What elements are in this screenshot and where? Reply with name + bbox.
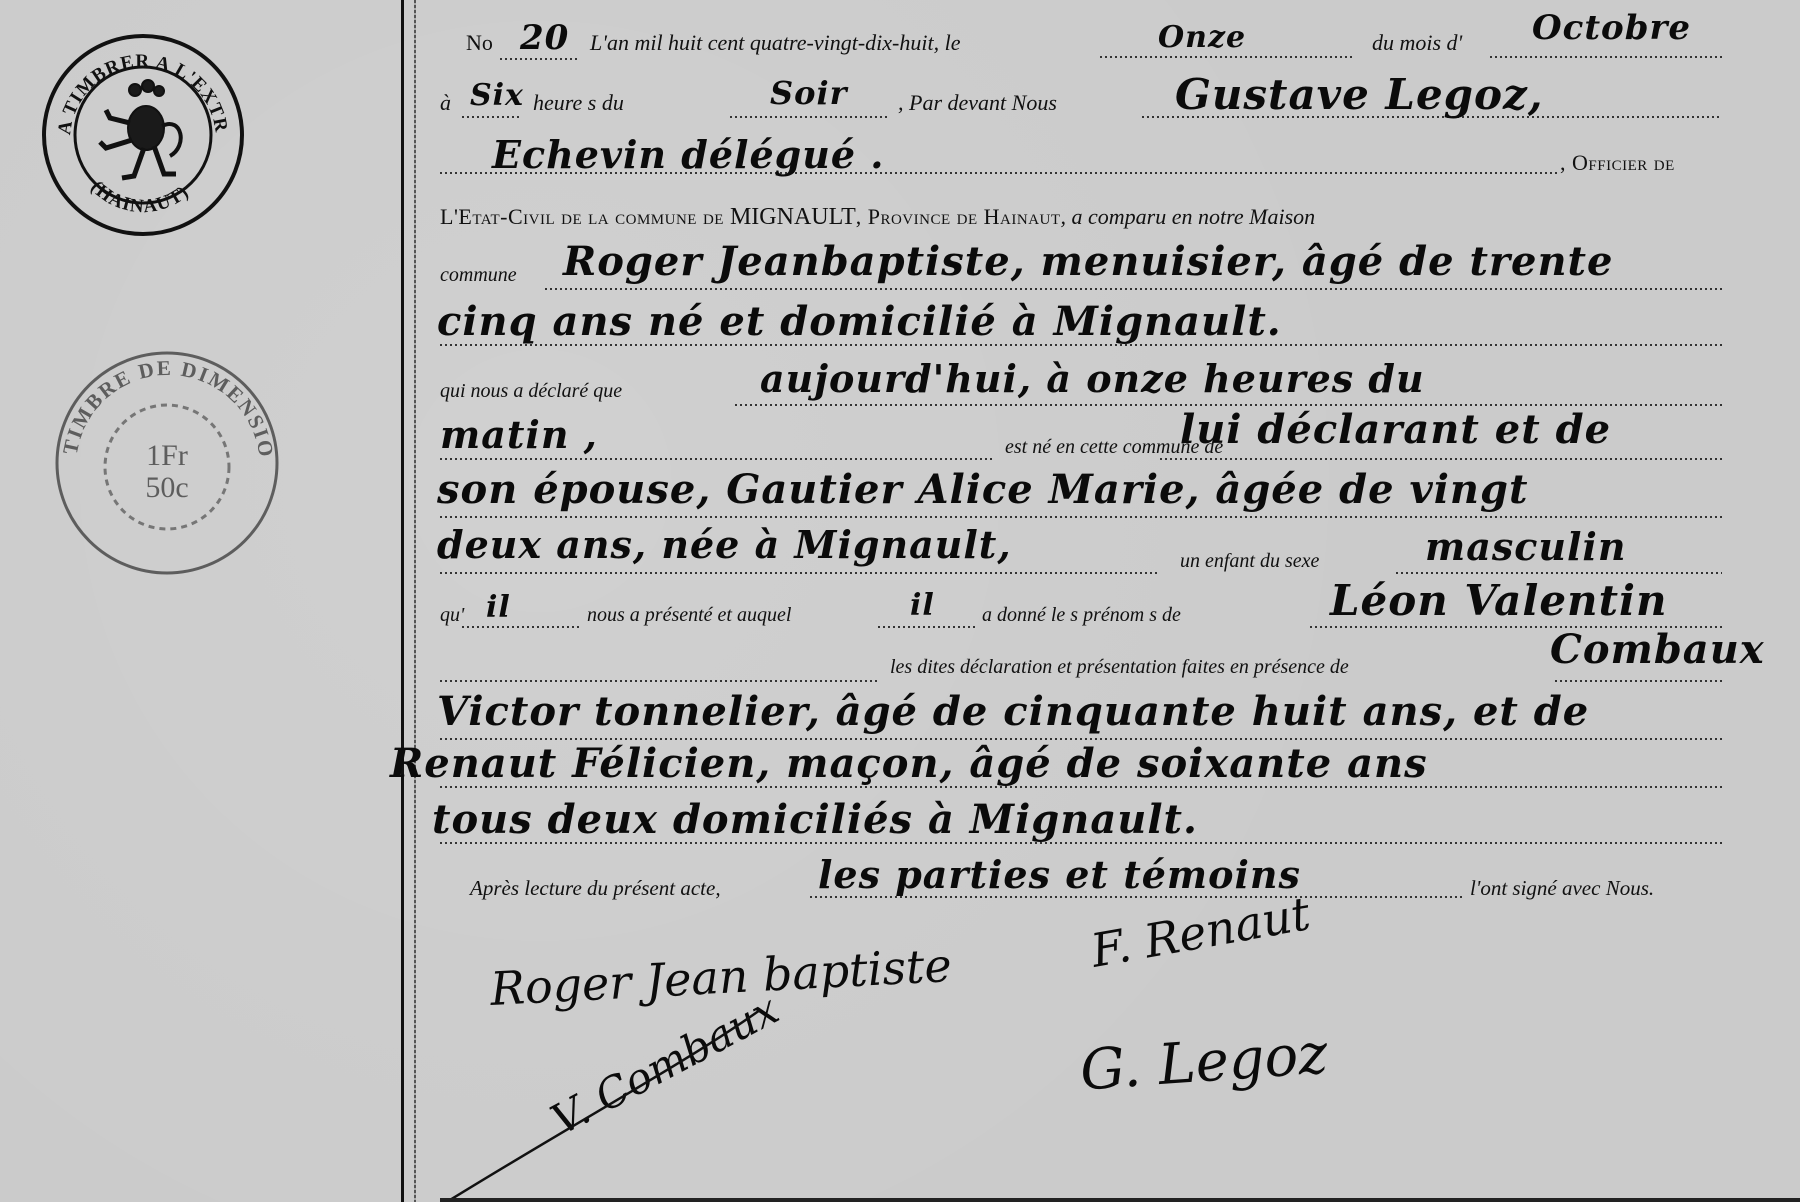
act-number: 20 [520, 18, 569, 58]
at-label: à [440, 90, 451, 116]
signers-value: les parties et témoins [818, 852, 1301, 897]
mother-value: son épouse, Gautier Alice Marie, âgée de… [437, 466, 1528, 513]
dimension-stamp-icon: TIMBRE DE DIMENSION 1Fr 50c [46, 337, 286, 577]
signature-officer: G. Legoz [1078, 1021, 1330, 1103]
gave-value: il [910, 588, 935, 623]
declared-value: aujourd'hui, à onze heures du [760, 356, 1425, 401]
mother-field-line [440, 516, 1722, 518]
morning-field-line [440, 458, 995, 460]
after-reading-label: Après lecture du présent acte, [470, 876, 721, 901]
parents-value: lui déclarant et de [1180, 406, 1611, 453]
svg-text:1Fr: 1Fr [146, 439, 188, 472]
province-name: Hainaut [984, 204, 1061, 229]
period-field-line [730, 116, 890, 118]
witnesses-label: les dites déclaration et présentation fa… [890, 656, 1349, 679]
sex-field-line [1396, 572, 1722, 574]
first-name-label: a donné le s prénom s de [982, 604, 1181, 627]
witness1-details: Victor tonnelier, âgé de cinquante huit … [437, 688, 1589, 735]
month-value: Octobre [1532, 8, 1691, 48]
child-first-names: Léon Valentin [1330, 576, 1667, 625]
document-page: A TIMBRER A L'EXTRAORDINAIRE (HAINAUT) T… [0, 0, 1800, 1202]
signed-with-us-label: l'ont signé avec Nous. [1470, 876, 1654, 901]
signature-flourish-icon [430, 1000, 780, 1202]
province-label: , Province de [856, 204, 984, 229]
number-label: No [466, 30, 493, 56]
parents-field-line [1160, 458, 1722, 460]
bottom-border [440, 1198, 1800, 1202]
declarant-cont-value: cinq ans né et domicilié à Mignault. [437, 298, 1282, 345]
declared-label: qui nous a déclaré que [440, 380, 622, 403]
svg-text:(HAINAUT): (HAINAUT) [86, 177, 193, 218]
witness2-details: Renaut Félicien, maçon, âgé de soixante … [390, 740, 1428, 787]
signature-witness-renaut: F. Renaut [1087, 886, 1314, 978]
who-label: qu' [440, 604, 464, 627]
commune-label: commune [440, 264, 517, 287]
officer-of-text: , Officier de [1560, 150, 1675, 176]
sex-label: un enfant du sexe [1180, 550, 1319, 573]
who-field-line [462, 626, 582, 628]
who-value: il [486, 590, 511, 625]
residence-value: tous deux domiciliés à Mignault. [432, 796, 1198, 843]
month-label: du mois d' [1372, 30, 1462, 56]
witness1-field-line [1555, 680, 1722, 682]
number-field-line [500, 58, 578, 60]
officer-name: Gustave Legoz, [1175, 70, 1544, 119]
hour-text: heure s du [533, 90, 624, 116]
extraordinary-stamp-icon: A TIMBRER A L'EXTRAORDINAIRE (HAINAUT) [40, 28, 246, 242]
month-field-line [1490, 56, 1722, 58]
mother-birthplace-line [440, 572, 1160, 574]
civil-registry-text: L'Etat-Civil de la commune de [440, 204, 730, 229]
day-value: Onze [1158, 20, 1246, 55]
commune-name: MIGNAULT [730, 204, 856, 230]
morning-value: matin , [440, 412, 598, 457]
day-field-line [1100, 56, 1355, 58]
officer-title: Echevin délégué . [492, 132, 884, 177]
before-us-text: , Par devant Nous [898, 90, 1057, 116]
year-text: L'an mil huit cent quatre-vingt-dix-huit… [590, 30, 961, 56]
declarant-value: Roger Jeanbaptiste, menuisier, âgé de tr… [563, 238, 1613, 285]
blank-field-line [440, 680, 880, 682]
period-value: Soir [770, 74, 847, 112]
hour-value: Six [470, 78, 524, 113]
margin-rule-wavy [414, 0, 416, 1202]
civil-registry-line: L'Etat-Civil de la commune de MIGNAULT, … [440, 204, 1315, 231]
witness1-surname: Combaux [1550, 626, 1765, 673]
hour-field-line [462, 116, 522, 118]
margin-rule-solid [401, 0, 404, 1202]
declarant-field-line [545, 288, 1722, 290]
mother-birthplace-value: deux ans, née à Mignault, [437, 522, 1012, 567]
presented-label: nous a présenté et auquel [587, 604, 791, 627]
svg-text:50c: 50c [145, 471, 188, 504]
gave-field-line [878, 626, 978, 628]
sex-value: masculin [1425, 524, 1627, 569]
appeared-text: , a comparu en notre Maison [1061, 204, 1316, 229]
